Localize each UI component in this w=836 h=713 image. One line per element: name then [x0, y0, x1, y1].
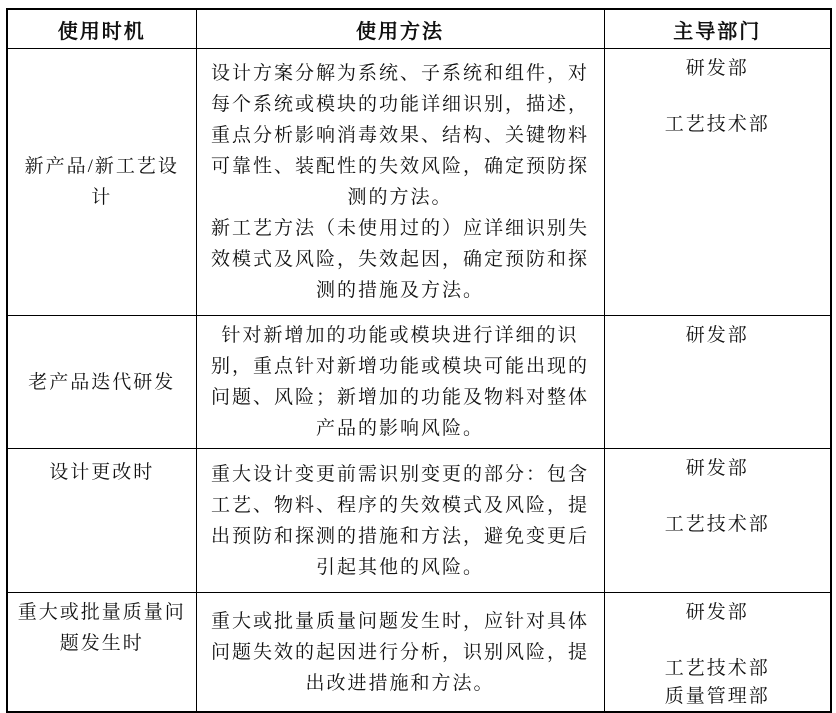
method-text: 重大设计变更前需识别变更的部分：包含 工艺、物料、程序的失效模式及风险，提 出预… — [207, 459, 594, 583]
table-row-new-product: 新产品/新工艺设 计 设计方案分解为系统、子系统和组件，对 每个系统或模块的功能… — [7, 49, 831, 316]
dept-text: 研发部 工艺技术部 质量管理部 — [613, 599, 823, 701]
method-text: 重大或批量质量问题发生时，应针对具体 问题失效的起因进行分析，识别风险，提 出改… — [207, 606, 594, 699]
method-cell-old-product: 针对新增加的功能或模块进行详细的识 别，重点针对新增功能或模块可能出现的 问题、… — [196, 316, 604, 449]
timing-cell-quality-issue: 重大或批量质量问 题发生时 — [7, 593, 196, 702]
dept-text: 研发部 工艺技术部 — [613, 455, 823, 539]
header-usage-timing: 使用时机 — [7, 9, 196, 49]
method-cell-quality-issue: 重大或批量质量问题发生时，应针对具体 问题失效的起因进行分析，识别风险，提 出改… — [196, 593, 604, 702]
dept-text: 研发部 — [613, 322, 823, 350]
dept-cell-new-product: 研发部 工艺技术部 — [604, 49, 831, 316]
timing-cell-old-product: 老产品迭代研发 — [7, 316, 196, 449]
timing-cell-design-change: 设计更改时 — [7, 449, 196, 593]
timing-cell-new-product: 新产品/新工艺设 计 — [7, 49, 196, 316]
dept-cell-design-change: 研发部 工艺技术部 — [604, 449, 831, 593]
method-cell-new-product: 设计方案分解为系统、子系统和组件，对 每个系统或模块的功能详细识别，描述， 重点… — [196, 49, 604, 316]
fmea-usage-table: 使用时机 使用方法 主导部门 新产品/新工艺设 计 设计方案分解为系统、子系统和… — [6, 8, 832, 701]
table-row-old-product-iteration: 老产品迭代研发 针对新增加的功能或模块进行详细的识 别，重点针对新增功能或模块可… — [7, 316, 831, 449]
table-row-major-quality-issue: 重大或批量质量问 题发生时 重大或批量质量问题发生时，应针对具体 问题失效的起因… — [7, 593, 831, 702]
method-cell-design-change: 重大设计变更前需识别变更的部分：包含 工艺、物料、程序的失效模式及风险，提 出预… — [196, 449, 604, 593]
header-lead-department: 主导部门 — [604, 9, 831, 49]
dept-cell-old-product: 研发部 — [604, 316, 831, 449]
table-row-design-change: 设计更改时 重大设计变更前需识别变更的部分：包含 工艺、物料、程序的失效模式及风… — [7, 449, 831, 593]
timing-text: 新产品/新工艺设 计 — [16, 151, 188, 213]
timing-text: 设计更改时 — [16, 457, 188, 488]
timing-text: 老产品迭代研发 — [16, 367, 188, 398]
header-usage-method: 使用方法 — [196, 9, 604, 49]
method-text: 针对新增加的功能或模块进行详细的识 别，重点针对新增功能或模块可能出现的 问题、… — [207, 320, 594, 444]
timing-text: 重大或批量质量问 题发生时 — [16, 597, 188, 659]
dept-cell-quality-issue: 研发部 工艺技术部 质量管理部 — [604, 593, 831, 702]
dept-text: 研发部 工艺技术部 — [613, 55, 823, 139]
method-text: 设计方案分解为系统、子系统和组件，对 每个系统或模块的功能详细识别，描述， 重点… — [207, 58, 594, 306]
table-header-row: 使用时机 使用方法 主导部门 — [7, 9, 831, 49]
